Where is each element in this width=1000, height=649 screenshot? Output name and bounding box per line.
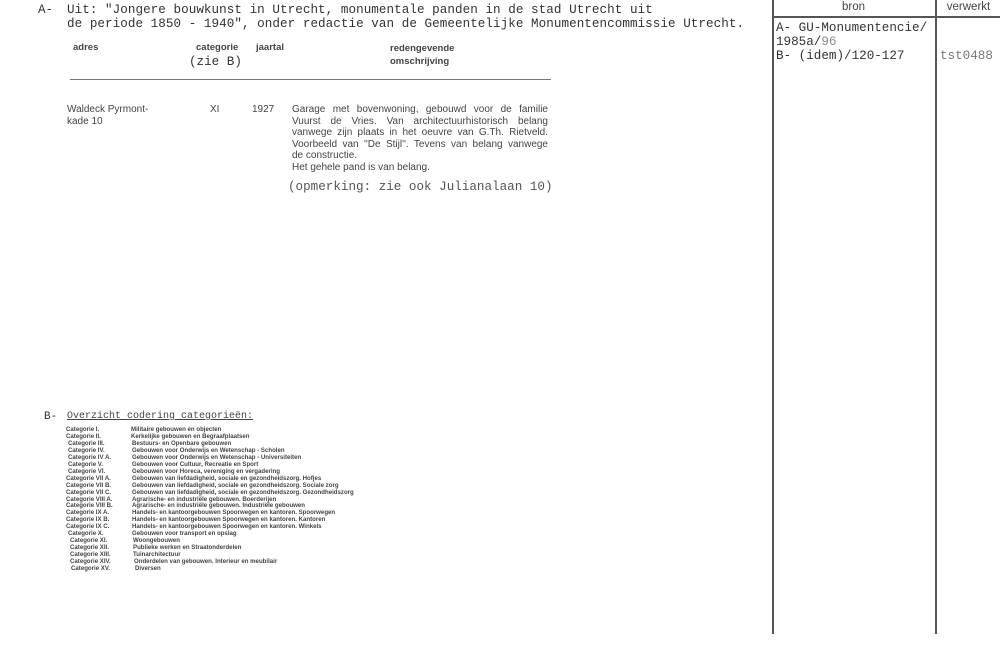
category-overview-title: Overzicht codering categorieën:: [67, 411, 253, 422]
category-description: Handels- en kantoorgebouwen Spoorwegen e…: [132, 516, 325, 523]
category-description: Gebouwen voor transport en opslag: [132, 530, 237, 537]
category-code: Categorie XII.: [70, 544, 109, 551]
category-code: Categorie VII A.: [66, 475, 111, 482]
bron-a-line-2: 1985a/96: [776, 35, 836, 49]
category-code: Categorie VIII B.: [66, 502, 113, 509]
verwerkt-value: tst0488: [940, 49, 993, 63]
source-table-column-divider: [935, 0, 937, 634]
record-adres: Waldeck Pyrmont- kade 10: [67, 104, 148, 127]
category-code: Categorie II.: [66, 433, 101, 440]
category-description: Agrarische- en industriële gebouwen. Boe…: [132, 496, 276, 503]
category-description: Militaire gebouwen en objecten: [131, 426, 221, 433]
bron-b: B- (idem)/120-127: [776, 49, 904, 63]
omschrijving-line: Garage met bovenwoning, gebouwd voor de …: [292, 104, 548, 116]
category-code: Categorie XV.: [71, 565, 110, 572]
category-code: Categorie I.: [66, 426, 99, 433]
category-code: Categorie V.: [68, 461, 103, 468]
bron-a-line-1: A- GU-Monumentencie/: [776, 21, 927, 35]
category-description: Gebouwen voor Onderwijs en Wetenschap - …: [132, 454, 301, 461]
column-header-categorie-note: (zie B): [189, 55, 242, 69]
category-overview-title-colon: :: [247, 411, 253, 422]
bron-a-line-2-handwritten: 96: [821, 35, 836, 49]
column-header-jaartal: jaartal: [256, 42, 284, 53]
omschrijving-line: Het gehele pand is van belang.: [292, 162, 548, 174]
record-categorie: XI: [210, 104, 219, 116]
source-citation-line-1: Uit: "Jongere bouwkunst in Utrecht, monu…: [67, 3, 653, 17]
record-adres-line-1: Waldeck Pyrmont-: [67, 104, 148, 115]
category-code: Categorie IV A.: [68, 454, 111, 461]
category-description: Publieke werken en Straatonderdelen: [133, 544, 241, 551]
category-code: Categorie XIII.: [70, 551, 111, 558]
category-code: Categorie IV.: [68, 447, 105, 454]
column-header-categorie: categorie: [196, 42, 238, 53]
source-table-header-bron: bron: [772, 1, 935, 13]
category-code: Categorie IX A.: [66, 509, 109, 516]
category-description: Gebouwen van liefdadigheid, sociale en g…: [132, 475, 321, 482]
category-description: Bestuurs- en Openbare gebouwen: [132, 440, 231, 447]
header-divider: [70, 79, 551, 80]
omschrijving-line: vanwege zijn plaats in het oeuvre van G.…: [292, 127, 548, 139]
category-code: Categorie VI.: [68, 468, 105, 475]
record-adres-line-2: kade 10: [67, 116, 103, 127]
omschrijving-line: Voorbeeld van ''De Stijl''. Tevens van b…: [292, 139, 548, 151]
column-header-adres: adres: [73, 42, 98, 53]
category-description: Kerkelijke gebouwen en Begraafplaatsen: [131, 433, 250, 440]
category-code: Categorie XI.: [70, 537, 107, 544]
category-description: Gebouwen van liefdadigheid, sociale en g…: [132, 489, 354, 496]
category-overview-title-text: Overzicht codering categorieën: [67, 411, 247, 422]
category-code: Categorie IX B.: [66, 516, 109, 523]
column-header-redengevende: redengevende: [390, 43, 454, 54]
category-description: Onderdelen van gebouwen. Interieur en me…: [134, 558, 277, 565]
record-opmerking: (opmerking: zie ook Julianalaan 10): [288, 180, 553, 194]
column-header-omschrijving: omschrijving: [390, 56, 449, 67]
category-description: Gebouwen van liefdadigheid, sociale en g…: [132, 482, 339, 489]
category-code: Categorie X.: [68, 530, 104, 537]
omschrijving-line: Vuurst de Vries. Van architectuurhistori…: [292, 116, 548, 128]
category-code: Categorie III.: [68, 440, 105, 447]
category-description: Handels- en kantoorgebouwen Spoorwegen e…: [132, 523, 322, 530]
category-description: Handels- en kantoorgebouwen Spoorwegen e…: [132, 509, 335, 516]
section-b-marker: B-: [44, 411, 57, 423]
category-code: Categorie VII C.: [66, 489, 111, 496]
omschrijving-line: de constructie.: [292, 150, 548, 162]
category-description: Woongebouwen: [133, 537, 180, 544]
record-omschrijving: Garage met bovenwoning, gebouwd voor de …: [292, 104, 548, 173]
category-code: Categorie IX C.: [66, 523, 109, 530]
category-description: Gebouwen voor Horeca, vereniging en verg…: [132, 468, 280, 475]
category-description: Gebouwen voor Onderwijs en Wetenschap - …: [132, 447, 285, 454]
category-code: Categorie VIII A.: [66, 496, 113, 503]
section-a-marker: A-: [38, 3, 53, 17]
category-description: Diversen: [135, 565, 161, 572]
source-citation-line-2: de periode 1850 - 1940", onder redactie …: [67, 17, 744, 31]
category-code: Categorie XIV.: [70, 558, 111, 565]
category-code: Categorie VII B.: [66, 482, 111, 489]
category-description: Tuinarchitectuur: [133, 551, 181, 558]
source-table-header-verwerkt: verwerkt: [937, 1, 1000, 13]
category-description: Agrarische- en industriële gebouwen. Ind…: [132, 502, 305, 509]
record-jaartal: 1927: [252, 104, 274, 116]
category-description: Gebouwen voor Cultuur, Recreatie en Spor…: [132, 461, 258, 468]
bron-a-line-2-typed: 1985a/: [776, 35, 821, 49]
source-table-left-border: [772, 0, 774, 634]
source-table-header-divider: [772, 16, 1000, 18]
